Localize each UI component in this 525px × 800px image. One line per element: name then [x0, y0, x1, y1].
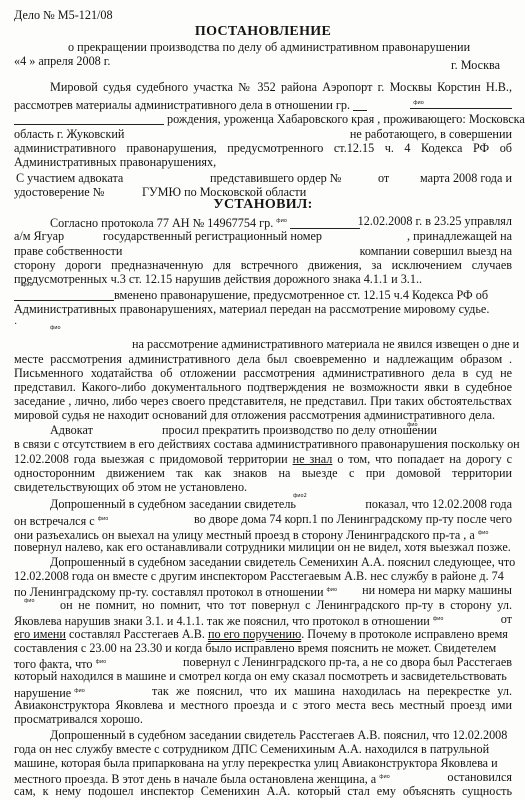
p2-line-5: заседание , лично, либо через своего пре… — [14, 394, 512, 408]
p6-line-5: сам, к нему подошел инспектор Семенихин … — [14, 784, 512, 798]
p1-line-1-text: Согласно протокола 77 АН № 14967754 гр. — [50, 216, 273, 230]
p4-line-1b: показал, что 12.02.2008 года — [360, 497, 512, 511]
p2-line-2: месте рассмотрения административного дел… — [14, 352, 512, 366]
redaction-blank — [14, 113, 164, 125]
p6-line-2: года он нес службу вместе с сотрудником … — [14, 742, 512, 756]
p6-line-1: Допрошенный в судебном заседании свидете… — [50, 728, 512, 742]
redaction-label: фио — [327, 587, 338, 593]
p3-line-1b: просил прекратить производство по делу о… — [162, 423, 525, 437]
redaction-blank — [353, 99, 367, 111]
p3-line-3-text-b: о том, что попадает на дорогу с — [337, 452, 512, 466]
p1-line-6-text: вменено правонарушение, предусмотренное … — [114, 288, 488, 302]
p1-line-5: предусмотренных ч.3 ст. 12.15 нарушив де… — [14, 272, 512, 286]
redaction-label: фио — [50, 325, 61, 331]
redaction-label: фио — [74, 688, 85, 694]
redaction-label: фио — [276, 218, 287, 224]
p3-line-3-text: 12.02.2008 года выезжая с придомовой тер… — [14, 452, 288, 466]
p2-line-6: мировой судья не находит оснований для о… — [14, 408, 512, 422]
redaction-blank — [14, 289, 114, 301]
p5-line-10b: так же пояснил, что их машина находилась… — [152, 684, 512, 698]
intro-line-2-text: рассмотрев материалы административного д… — [14, 98, 350, 112]
p5-line-6: его имени составлял Расстегаев А.В. по е… — [14, 627, 512, 641]
redaction-label: фио — [478, 530, 489, 536]
p5-line-1: Допрошенный в судебном заседании свидете… — [50, 555, 512, 569]
p5-line-5a: Яковлева нарушив знаки 3.1. и 4.1.1. так… — [14, 612, 512, 628]
intro-line-6: Административных правонарушениях, — [14, 155, 512, 169]
p6-line-4b: остановился — [400, 770, 512, 784]
intro-line-8b: ГУМЮ по Московской области — [142, 185, 525, 199]
intro-line-5: административного правонарушения, предус… — [14, 141, 512, 155]
p5-line-12: просматривался хорошо. — [14, 712, 512, 726]
underlined-text: его имени — [14, 627, 66, 641]
p5-line-3b: ни номера ни марку машины — [360, 583, 512, 597]
p1-line-1b: 12.02.2008 г. в 23.25 управлял — [300, 214, 512, 228]
p1-line-4: сторону дороги предназначенную для встре… — [14, 258, 512, 272]
intro-line-3-text: рождения, уроженца Хабаровского края , п… — [167, 112, 525, 126]
p1-line-3b: компании совершил выезд на — [330, 244, 512, 258]
redaction-label: фио — [98, 516, 109, 522]
p2-line-4: представил. Какого-либо документального … — [14, 380, 512, 394]
double-underlined-text: по его поручению — [208, 627, 301, 641]
intro-line-4b: не работающего, в совершении — [330, 127, 512, 141]
intro-line-3: рождения, уроженца Хабаровского края , п… — [14, 112, 512, 126]
redaction-label: фио — [24, 598, 35, 604]
document-subtitle: о прекращении производства по делу об ад… — [68, 40, 508, 54]
document-title: ПОСТАНОВЛЕНИЕ — [14, 25, 512, 39]
p1-line-6: вменено правонарушение, предусмотренное … — [14, 288, 512, 302]
document-city: г. Москва — [420, 58, 500, 72]
intro-line-1: Мировой судья судебного участка № 352 ра… — [50, 80, 512, 94]
case-number: Дело № М5-121/08 — [14, 8, 512, 22]
p5-line-6-text-b: . Почему в протоколе исправлено время — [301, 627, 508, 641]
p6-line-3: машине, которая была припаркована на угл… — [14, 756, 512, 770]
p2-line-1: на рассмотрение административного матери… — [132, 337, 512, 351]
p4-line-4: повернул налево, как его останавливали с… — [14, 540, 512, 554]
p5-line-2: 12.02.2008 года он вместе с другим инспе… — [14, 569, 512, 583]
underlined-text: не знал — [293, 452, 333, 466]
redaction-label: фио — [433, 616, 444, 622]
document-page: Дело № М5-121/08 ПОСТАНОВЛЕНИЕ о прекращ… — [0, 0, 525, 800]
intro-line-7d: марта 2008 года и — [408, 171, 512, 185]
p3-line-2: в связи с отсутствием в его действиях со… — [14, 437, 512, 451]
p5-line-5b: от — [480, 612, 512, 626]
p5-line-9: который находился в машине и смотрел ког… — [14, 669, 512, 683]
p3-line-3: 12.02.2008 года выезжая с придомовой тер… — [14, 452, 512, 466]
p5-line-6-text: составлял Расстегаев А.В. — [69, 627, 205, 641]
p5-line-7: составления с 23.00 на 23.30 и когда был… — [14, 641, 512, 655]
p2-line-3: Письменного ходатайства об отложении рас… — [14, 366, 512, 380]
redaction-blank — [410, 97, 512, 109]
p5-line-4: он не помнит, но помнит, что тот поверну… — [60, 598, 512, 612]
p5-line-3-text: по Ленинградскому пр-ту. составлял прото… — [14, 585, 323, 599]
redaction-label: фио — [407, 422, 418, 428]
dot-mark: · — [14, 318, 512, 332]
p1-line-7: Административных правонарушениях, матери… — [14, 302, 512, 316]
p5-line-8b: повернул с Ленинградского пр-та, а не со… — [178, 655, 512, 669]
p3-line-4: односторонним движением так как знаков н… — [14, 466, 512, 480]
p1-line-2c: , принадлежащей на — [370, 229, 512, 243]
p5-line-11: Авиаконструктора Яковлева и местного про… — [14, 698, 512, 712]
redaction-label: фио — [96, 659, 107, 665]
redaction-label: фио — [379, 774, 390, 780]
p4-line-2b: во дворе дома 74 корп.1 по Ленинградском… — [188, 512, 512, 526]
redaction-label-2: фио2 — [293, 493, 307, 499]
p5-line-5-text: Яковлева нарушив знаки 3.1. и 4.1.1. так… — [14, 614, 430, 628]
established-heading: УСТАНОВИЛ: — [14, 198, 512, 212]
p3-line-5: свидетельствующих об этом не установлено… — [14, 480, 512, 494]
